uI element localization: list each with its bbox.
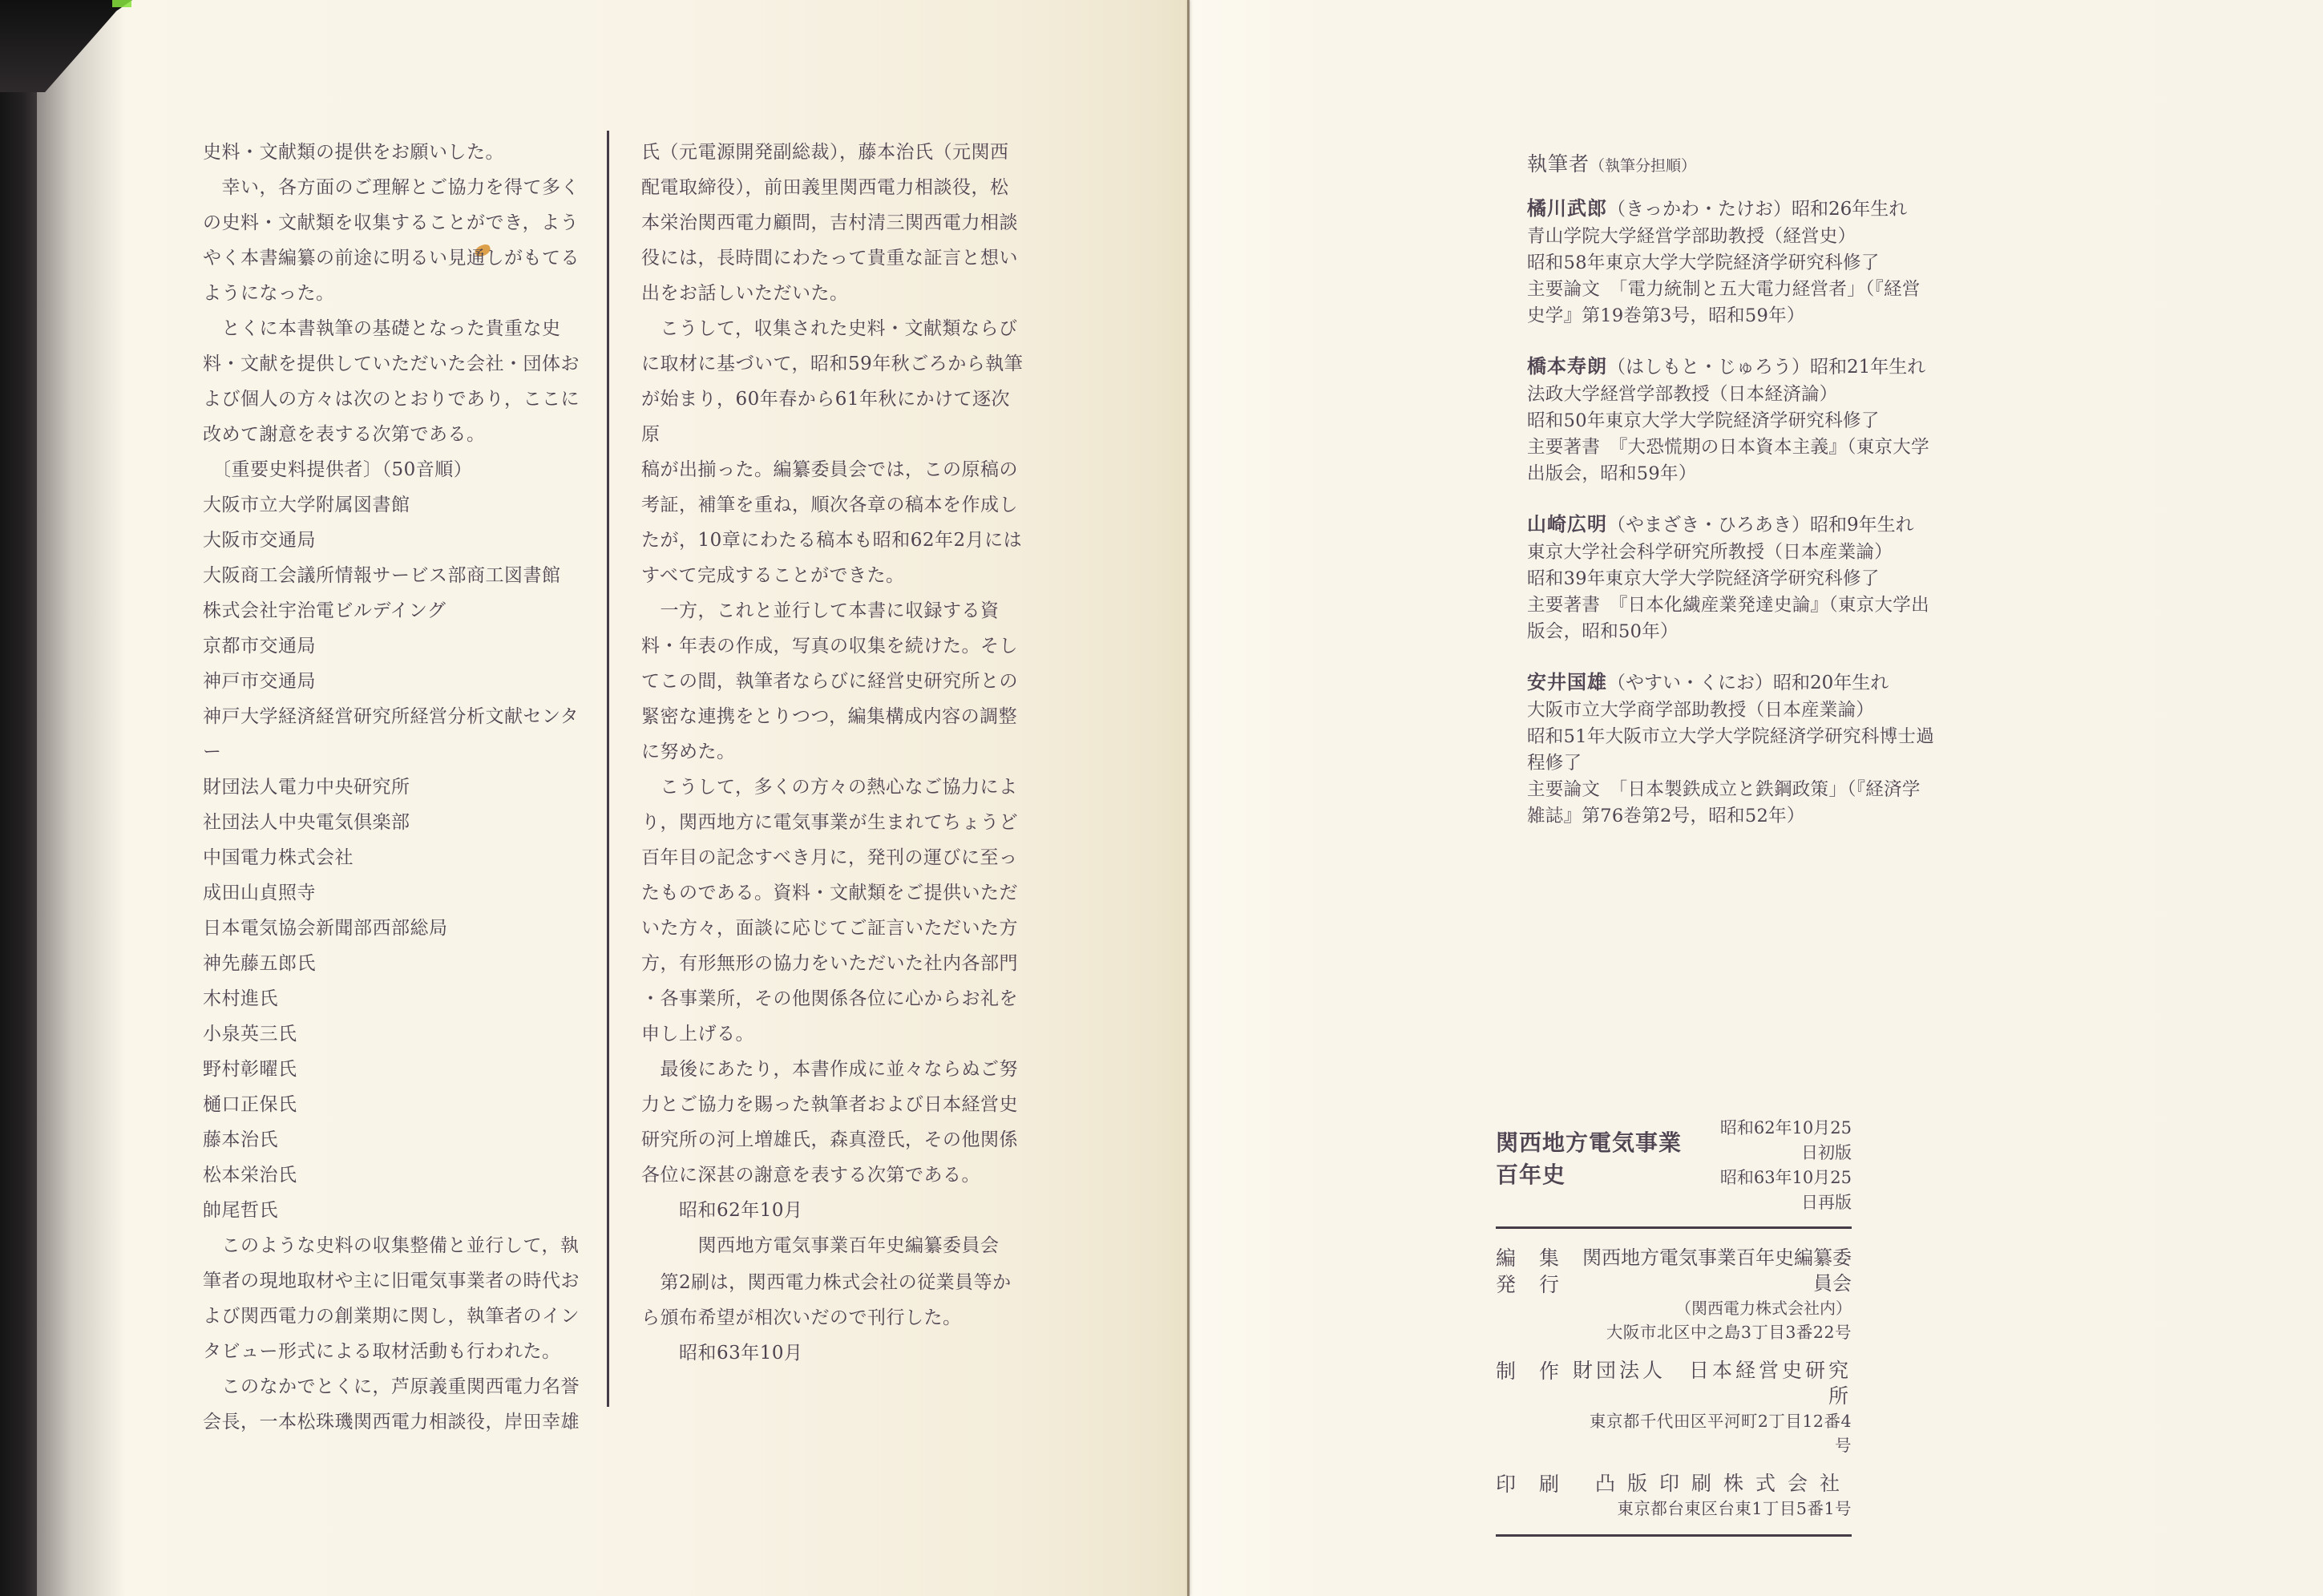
- author-bio: 大阪市立大学商学部助教授（日本産業論） 昭和51年大阪市立大学大学院経済学研究科…: [1527, 697, 1952, 830]
- edition-dates: 昭和62年10月25日初版 昭和63年10月25日再版: [1703, 1116, 1852, 1215]
- acknowledgements-column-1: 史料・文献類の提供をお願いした。 幸い，各方面のご理解とご協力を得て多く の史料…: [203, 135, 589, 1440]
- author-bio: 法政大学経営学部教授（日本経済論） 昭和50年東京大学大学院経済学研究科修了 主…: [1527, 382, 1952, 487]
- row-label: 編 集 発 行: [1496, 1245, 1573, 1344]
- row-value: 財団法人 日本経営史研究所 東京都千代田区平河町2丁目12番4号: [1573, 1358, 1852, 1457]
- publisher-note: （関西電力株式会社内）: [1573, 1296, 1852, 1320]
- author-name: 橘川武郎: [1527, 196, 1607, 220]
- publisher-address: 大阪市北区中之島3丁目3番22号: [1573, 1320, 1852, 1344]
- publisher-name: 関西地方電気事業百年史編纂委員会: [1573, 1245, 1852, 1296]
- author-birth: （はしもと・じゅろう）昭和21年生れ: [1607, 357, 1925, 378]
- row-label: 制 作: [1496, 1358, 1573, 1457]
- book-title: 関西地方電気事業百年史: [1496, 1116, 1703, 1190]
- row-value: 関西地方電気事業百年史編纂委員会 （関西電力株式会社内） 大阪市北区中之島3丁目…: [1573, 1245, 1852, 1344]
- row-label: 印 刷: [1496, 1471, 1573, 1521]
- colophon-title-row: 関西地方電気事業百年史 昭和62年10月25日初版 昭和63年10月25日再版: [1496, 1116, 1852, 1215]
- acknowledgements-column-2: 氏（元電源開発副総裁），藤本治氏（元関西 配電取締役），前田義里関西電力相談役，…: [641, 135, 1028, 1263]
- colophon-row-editing-publishing: 編 集 発 行 関西地方電気事業百年史編纂委員会 （関西電力株式会社内） 大阪市…: [1496, 1245, 1852, 1344]
- author-name: 橋本寿朗: [1527, 354, 1607, 378]
- first-edition-date: 昭和62年10月25日初版: [1703, 1116, 1852, 1166]
- book-spine-shadow: [0, 0, 37, 1596]
- author-birth: （やまざき・ひろあき）昭和9年生れ: [1607, 515, 1914, 535]
- printer-address: 東京都台東区台東1丁目5番1号: [1573, 1497, 1852, 1521]
- row-value: 凸版印刷株式会社 東京都台東区台東1丁目5番1号: [1573, 1471, 1852, 1521]
- authors-section: 執筆者（執筆分担順） 橘川武郎（きっかわ・たけお）昭和26年生れ 青山学院大学経…: [1527, 148, 1952, 853]
- producer-name: 財団法人 日本経営史研究所: [1573, 1358, 1852, 1409]
- author-entry: 山崎広明（やまざき・ひろあき）昭和9年生れ 東京大学社会科学研究所教授（日本産業…: [1527, 511, 1952, 645]
- author-name-line: 橘川武郎（きっかわ・たけお）昭和26年生れ: [1527, 195, 1952, 224]
- author-birth: （きっかわ・たけお）昭和26年生れ: [1607, 199, 1907, 220]
- colophon-bottom-rule: [1496, 1534, 1852, 1537]
- second-edition-date: 昭和63年10月25日再版: [1703, 1166, 1852, 1215]
- author-entry: 橋本寿朗（はしもと・じゅろう）昭和21年生れ 法政大学経営学部教授（日本経済論）…: [1527, 353, 1952, 487]
- author-name: 山崎広明: [1527, 512, 1607, 535]
- author-birth: （やすい・くにお）昭和20年生れ: [1607, 673, 1889, 693]
- author-name: 安井国雄: [1527, 670, 1607, 693]
- column-divider-rule: [607, 131, 609, 1407]
- authors-header-note: （執筆分担順）: [1590, 157, 1696, 175]
- author-name-line: 橋本寿朗（はしもと・じゅろう）昭和21年生れ: [1527, 353, 1952, 382]
- page-gutter-line: [1187, 0, 1190, 1596]
- printer-name: 凸版印刷株式会社: [1573, 1471, 1852, 1497]
- author-name-line: 山崎広明（やまざき・ひろあき）昭和9年生れ: [1527, 511, 1952, 539]
- book-scan: 史料・文献類の提供をお願いした。 幸い，各方面のご理解とご協力を得て多く の史料…: [0, 0, 2323, 1596]
- colophon: 関西地方電気事業百年史 昭和62年10月25日初版 昭和63年10月25日再版 …: [1496, 1116, 1852, 1537]
- authors-header-text: 執筆者: [1527, 152, 1590, 176]
- author-name-line: 安井国雄（やすい・くにお）昭和20年生れ: [1527, 669, 1952, 697]
- spine-shadow-fade: [37, 0, 125, 1596]
- colophon-rows: 編 集 発 行 関西地方電気事業百年史編纂委員会 （関西電力株式会社内） 大阪市…: [1496, 1229, 1852, 1521]
- producer-address: 東京都千代田区平河町2丁目12番4号: [1573, 1409, 1852, 1457]
- author-bio: 東京大学社会科学研究所教授（日本産業論） 昭和39年東京大学大学院経済学研究科修…: [1527, 539, 1952, 645]
- author-entry: 安井国雄（やすい・くにお）昭和20年生れ 大阪市立大学商学部助教授（日本産業論）…: [1527, 669, 1952, 830]
- colophon-row-printing: 印 刷 凸版印刷株式会社 東京都台東区台東1丁目5番1号: [1496, 1471, 1852, 1521]
- author-bio: 青山学院大学経営学部助教授（経営史） 昭和58年東京大学大学院経済学研究科修了 …: [1527, 224, 1952, 329]
- authors-section-title: 執筆者（執筆分担順）: [1527, 148, 1952, 177]
- author-entry: 橘川武郎（きっかわ・たけお）昭和26年生れ 青山学院大学経営学部助教授（経営史）…: [1527, 195, 1952, 329]
- second-printing-note: 第2刷は，関西電力株式会社の従業員等か ら頒布希望が相次いだので刊行した。 昭和…: [641, 1265, 1028, 1371]
- colophon-row-production: 制 作 財団法人 日本経営史研究所 東京都千代田区平河町2丁目12番4号: [1496, 1358, 1852, 1457]
- scan-edge-artifact: [112, 0, 131, 7]
